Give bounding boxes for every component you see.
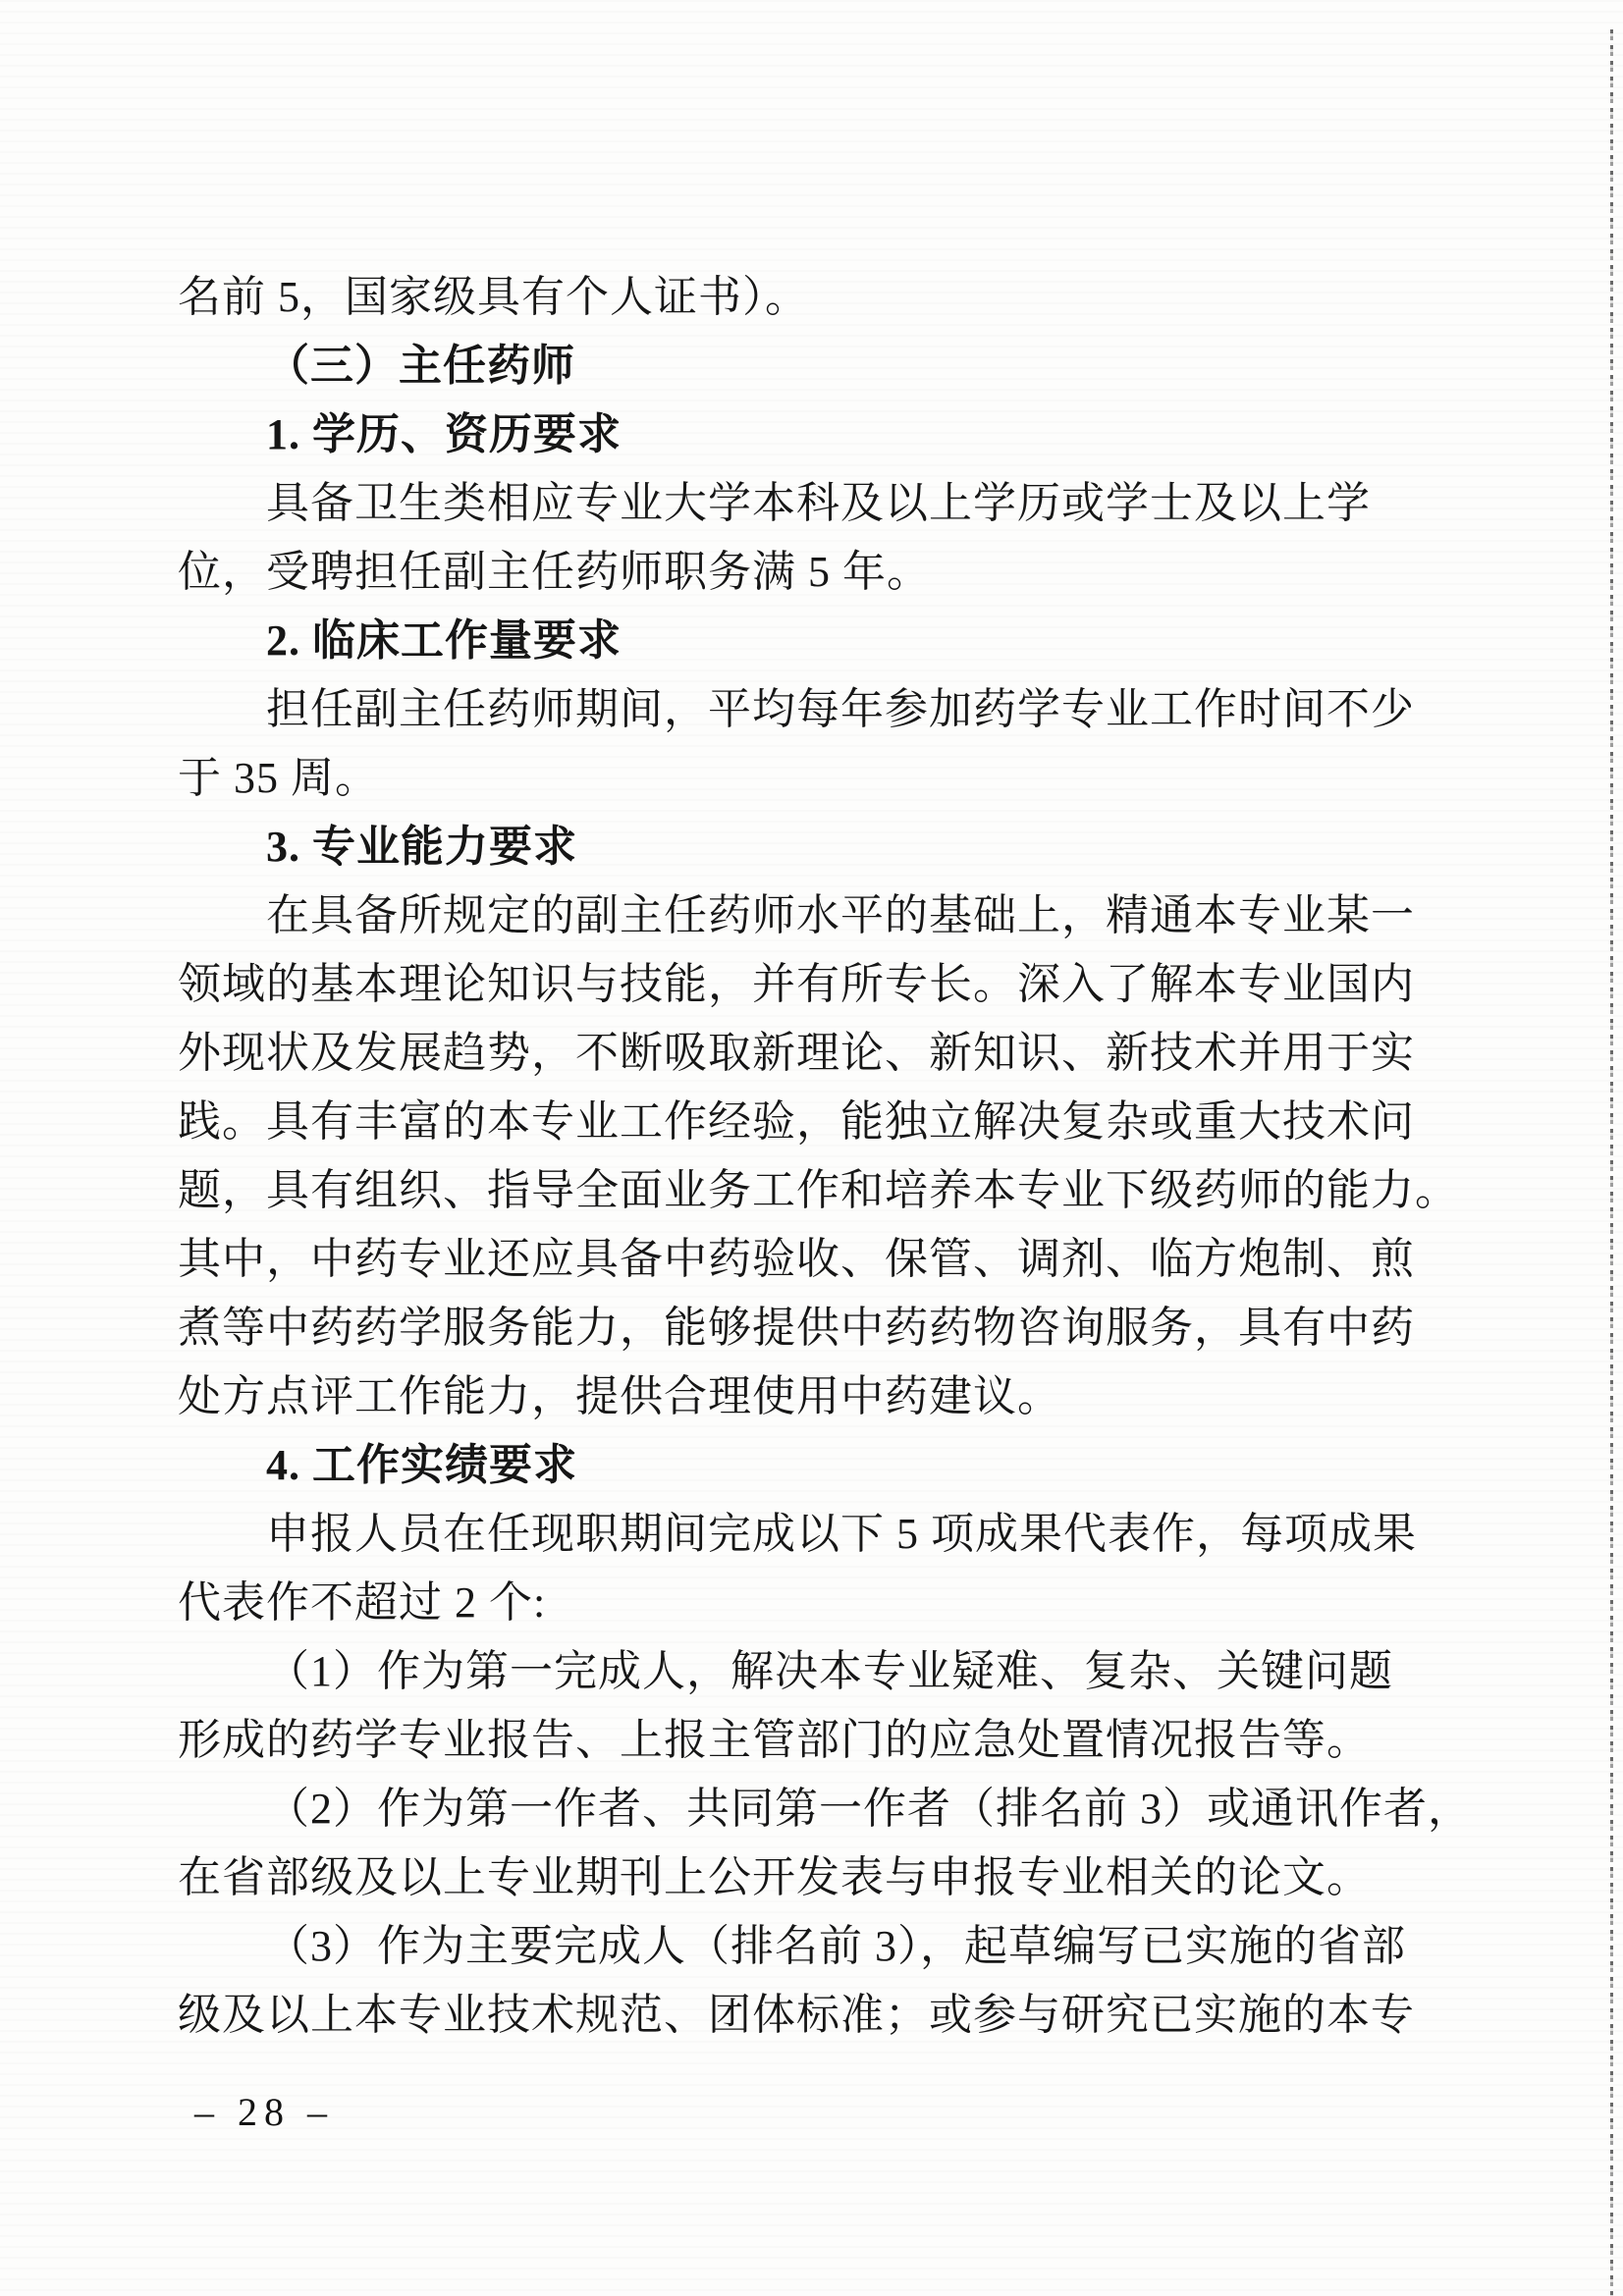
heading-line: （三）主任药师	[178, 332, 1402, 400]
text-line: 在省部级及以上专业期刊上公开发表与申报专业相关的论文。	[178, 1843, 1402, 1912]
text-line: （3）作为主要完成人（排名前 3），起草编写已实施的省部	[178, 1912, 1402, 1981]
document-page: 名前 5，国家级具有个人证书）。（三）主任药师1. 学历、资历要求具备卫生类相应…	[0, 0, 1623, 2296]
text-line: 践。具有丰富的本专业工作经验，能独立解决复杂或重大技术问	[178, 1088, 1402, 1156]
text-line: 于 35 周。	[178, 744, 1402, 813]
text-line: 代表作不超过 2 个:	[178, 1569, 1402, 1637]
scan-edge-artifact	[1610, 29, 1613, 2296]
text-line: 其中，中药专业还应具备中药验收、保管、调剂、临方炮制、煎	[178, 1225, 1402, 1294]
text-line: 具备卫生类相应专业大学本科及以上学历或学士及以上学	[178, 469, 1402, 538]
text-line: 煮等中药药学服务能力，能够提供中药药物咨询服务，具有中药	[178, 1294, 1402, 1362]
heading-line: 2. 临床工作量要求	[178, 607, 1402, 675]
text-line: 名前 5，国家级具有个人证书）。	[178, 263, 1402, 332]
text-line: （2）作为第一作者、共同第一作者（排名前 3）或通讯作者，	[178, 1775, 1402, 1843]
text-line: 级及以上本专业技术规范、团体标准；或参与研究已实施的本专	[178, 1981, 1402, 2050]
document-body: 名前 5，国家级具有个人证书）。（三）主任药师1. 学历、资历要求具备卫生类相应…	[178, 263, 1402, 2050]
text-line: 题，具有组织、指导全面业务工作和培养本专业下级药师的能力。	[178, 1156, 1402, 1225]
text-line: （1）作为第一完成人，解决本专业疑难、复杂、关键问题	[178, 1637, 1402, 1706]
heading-line: 1. 学历、资历要求	[178, 400, 1402, 469]
heading-line: 3. 专业能力要求	[178, 813, 1402, 881]
text-line: 位，受聘担任副主任药师职务满 5 年。	[178, 538, 1402, 607]
text-line: 外现状及发展趋势，不断吸取新理论、新知识、新技术并用于实	[178, 1019, 1402, 1088]
page-number: – 28 –	[194, 2083, 334, 2142]
text-line: 领域的基本理论知识与技能，并有所专长。深入了解本专业国内	[178, 950, 1402, 1019]
text-line: 申报人员在任现职期间完成以下 5 项成果代表作，每项成果	[178, 1500, 1402, 1569]
text-line: 在具备所规定的副主任药师水平的基础上，精通本专业某一	[178, 881, 1402, 950]
text-line: 担任副主任药师期间，平均每年参加药学专业工作时间不少	[178, 675, 1402, 744]
text-line: 形成的药学专业报告、上报主管部门的应急处置情况报告等。	[178, 1706, 1402, 1775]
text-line: 处方点评工作能力，提供合理使用中药建议。	[178, 1362, 1402, 1431]
heading-line: 4. 工作实绩要求	[178, 1431, 1402, 1500]
